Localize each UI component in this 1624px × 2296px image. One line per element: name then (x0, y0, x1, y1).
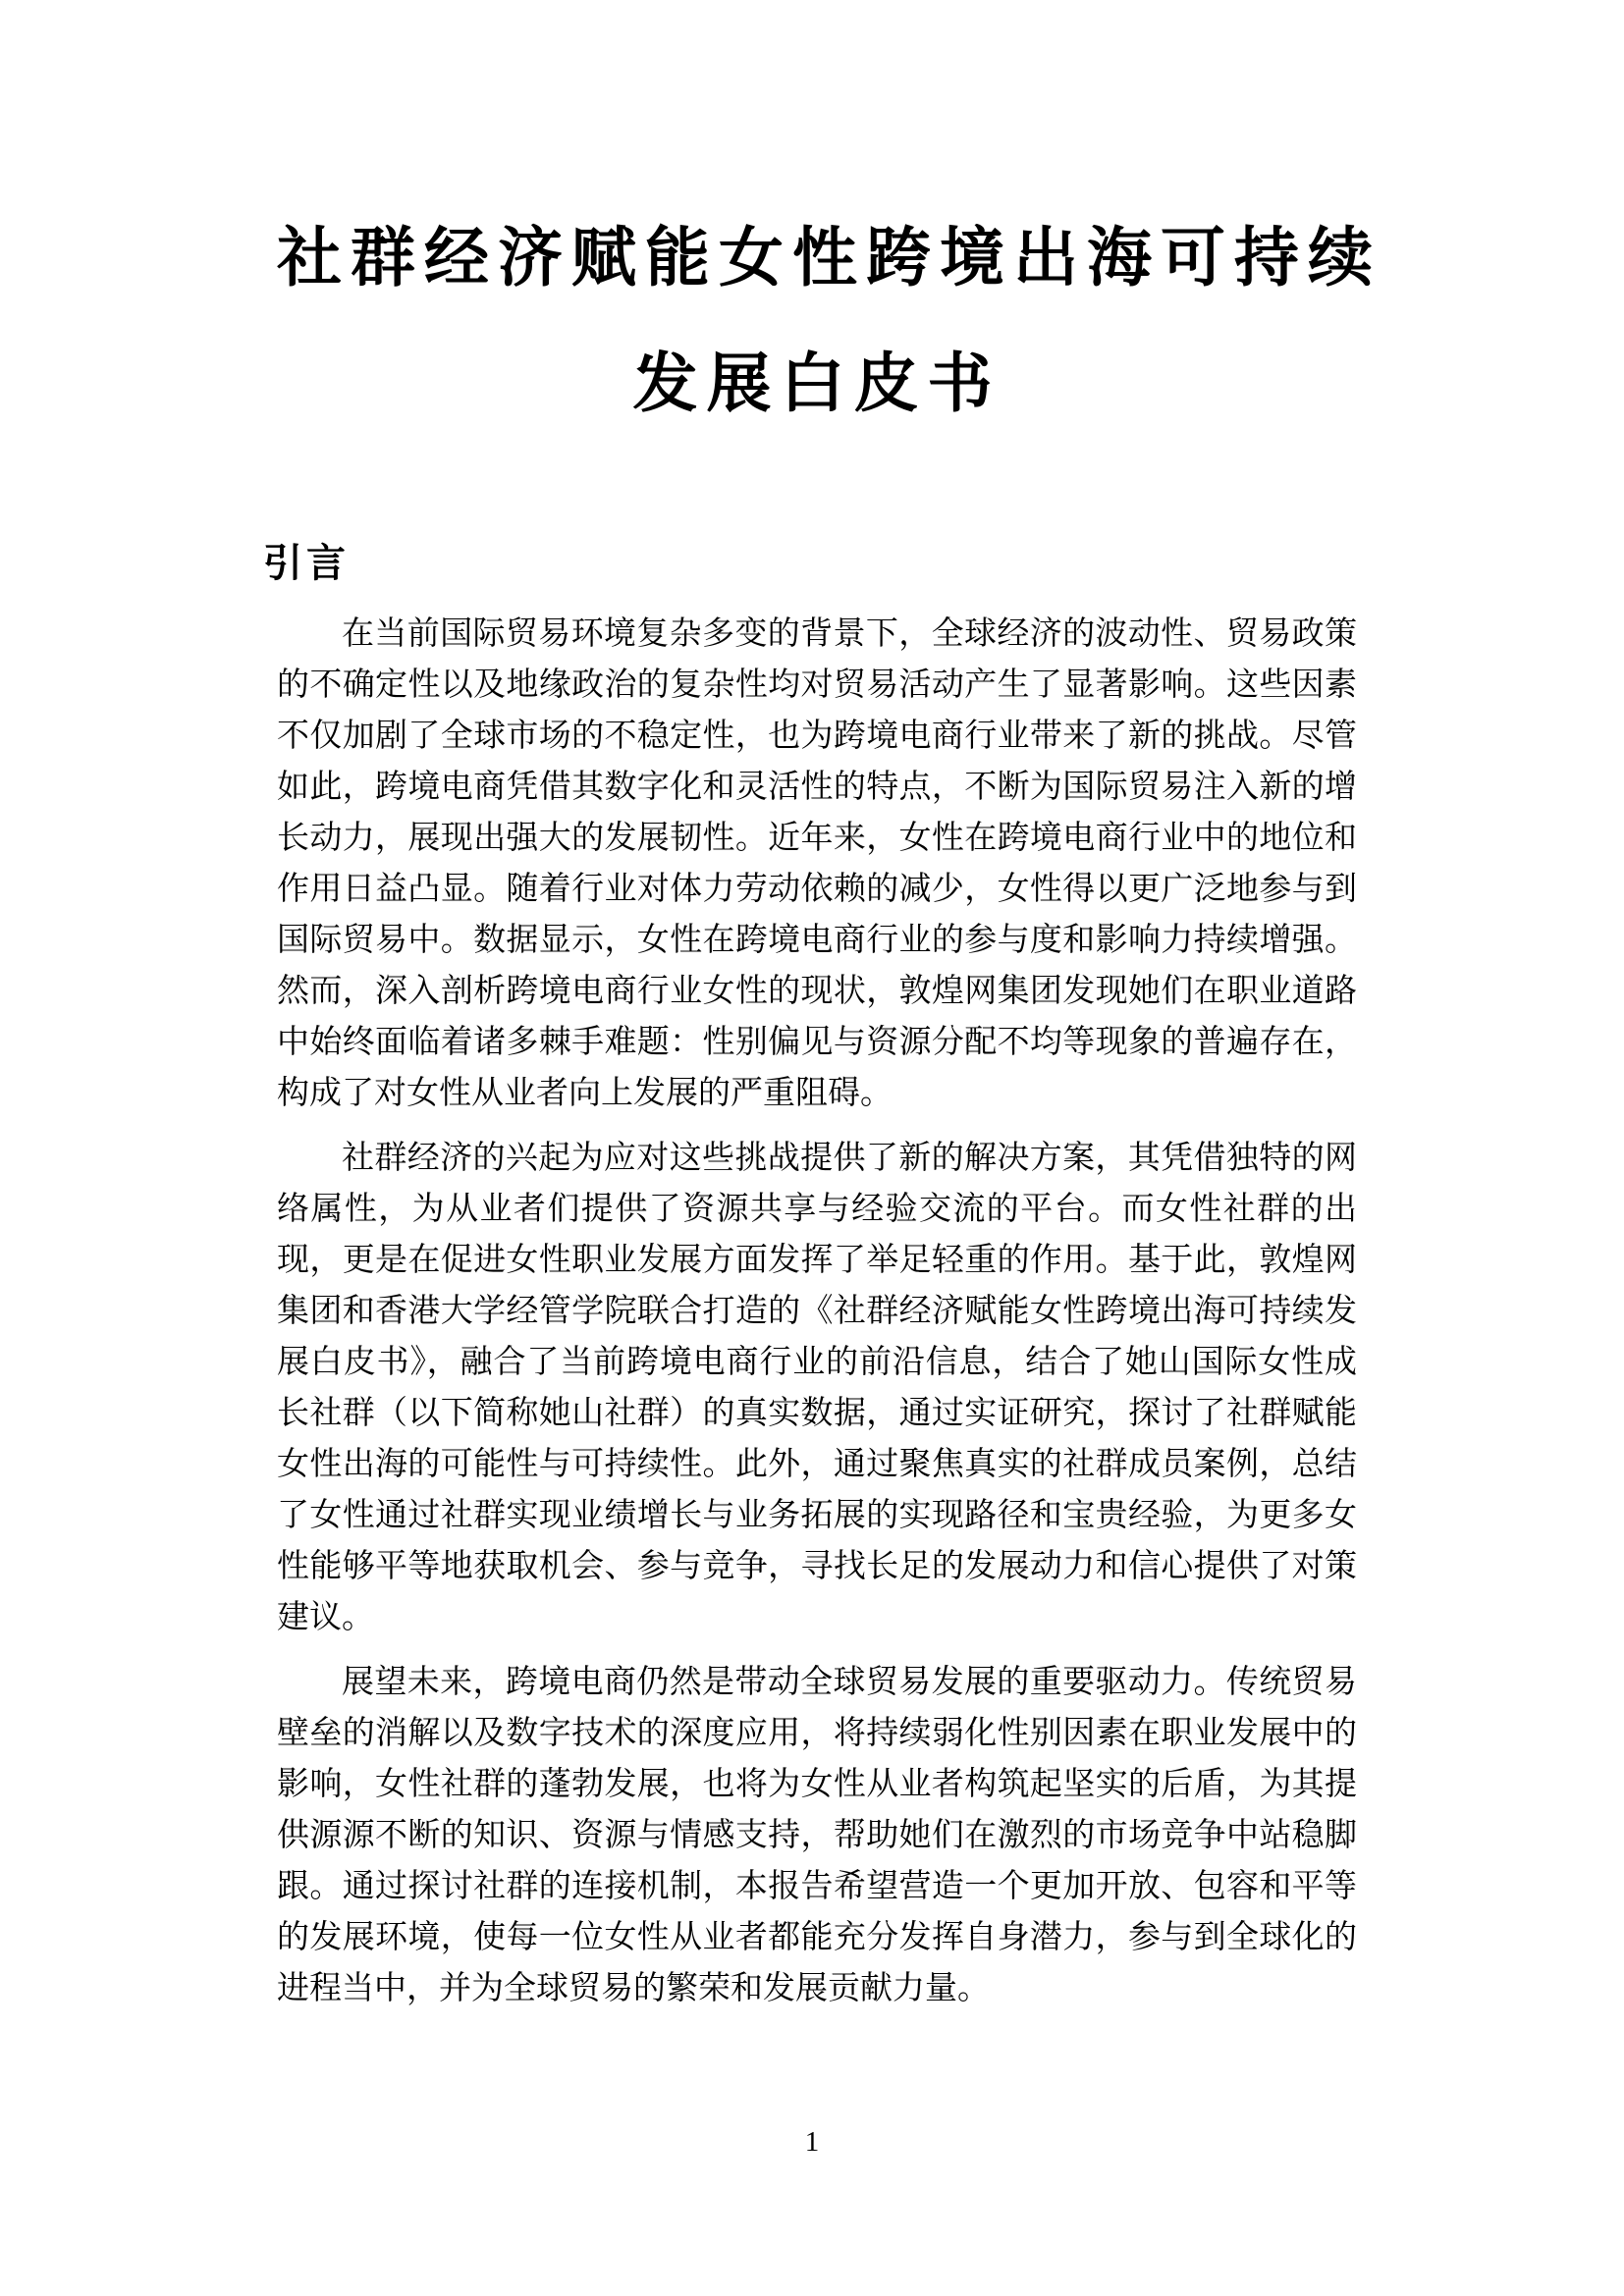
page-content: 社群经济赋能女性跨境出海可持续 发展白皮书 引言 在当前国际贸易环境复杂多变的背… (0, 196, 1624, 2014)
document-title: 社群经济赋能女性跨境出海可持续 发展白皮书 (277, 196, 1357, 448)
document-title-line2: 发展白皮书 (277, 322, 1357, 448)
page-number: 1 (0, 2125, 1624, 2159)
introduction-paragraph-1: 在当前国际贸易环境复杂多变的背景下，全球经济的波动性、贸易政策的不确定性以及地缘… (277, 609, 1357, 1119)
section-heading-introduction: 引言 (263, 534, 1357, 593)
document-page: 社群经济赋能女性跨境出海可持续 发展白皮书 引言 在当前国际贸易环境复杂多变的背… (0, 0, 1624, 2296)
introduction-body: 在当前国际贸易环境复杂多变的背景下，全球经济的波动性、贸易政策的不确定性以及地缘… (277, 609, 1357, 2014)
document-title-line1: 社群经济赋能女性跨境出海可持续 (277, 196, 1357, 322)
introduction-paragraph-2: 社群经济的兴起为应对这些挑战提供了新的解决方案，其凭借独特的网络属性，为从业者们… (277, 1133, 1357, 1643)
introduction-paragraph-3: 展望未来，跨境电商仍然是带动全球贸易发展的重要驱动力。传统贸易壁垒的消解以及数字… (277, 1657, 1357, 2014)
